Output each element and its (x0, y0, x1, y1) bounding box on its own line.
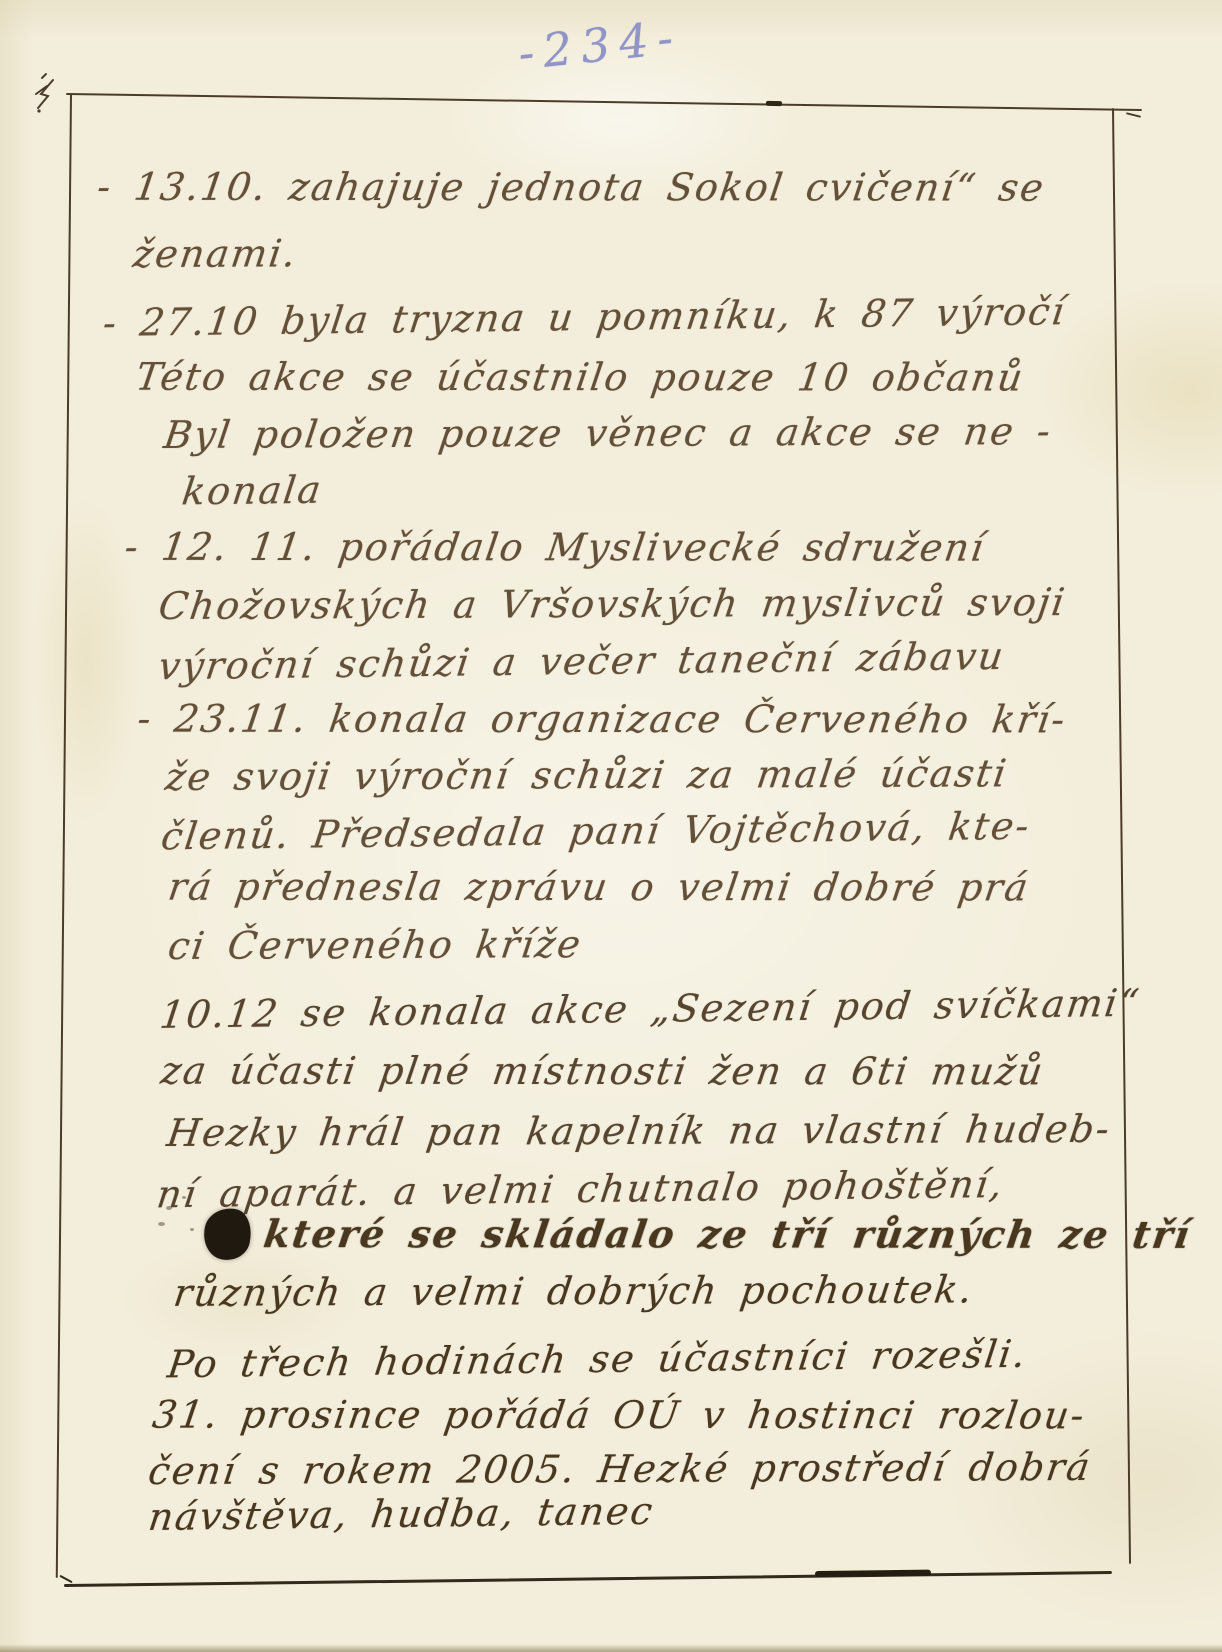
handwritten-line: že svoji výroční schůzi za malé účasti (163, 754, 1010, 796)
handwritten-line: Chožovských a Vršovských myslivců svoji (156, 583, 1068, 625)
ink-speck (166, 1206, 172, 1210)
handwritten-line: - 12. 11. pořádalo Myslivecké sdružení (122, 528, 987, 567)
handwritten-line: členů. Předsedala paní Vojtěchová, kte- (159, 807, 1033, 856)
handwritten-line: konala (180, 471, 325, 511)
handwritten-line: čení s rokem 2005. Hezké prostředí dobrá (146, 1448, 1094, 1490)
handwritten-line: rá přednesla zprávu o velmi dobré prá (166, 868, 1032, 907)
handwritten-line: - 13.10. zahajuje jednota Sokol cvičení“… (95, 168, 1048, 207)
handwritten-line: Této akce se účastnilo pouze 10 občanů (134, 358, 1027, 397)
ink-speck (182, 1196, 186, 1199)
handwritten-line: ní aparát. a velmi chutnalo pohoštění, (155, 1165, 1007, 1213)
handwritten-line: různých a velmi dobrých pochoutek. (171, 1270, 976, 1312)
handwritten-line: Byl položen pouze věnec a akce se ne - (162, 412, 1055, 454)
handwritten-line: které se skládalo ze tří různých ze tří (261, 1215, 1193, 1254)
scanned-chronicle-page: { "page": { "number": "-234-" }, "docume… (0, 0, 1222, 1652)
handwritten-line: 31. prosince pořádá OÚ v hostinci rozlou… (150, 1396, 1088, 1435)
scan-bottom-edge (0, 1644, 1222, 1652)
handwritten-text-block: - 13.10. zahajuje jednota Sokol cvičení“… (0, 0, 1222, 1652)
handwritten-line: návštěva, hudba, tanec (146, 1492, 656, 1536)
handwritten-line: - 23.11. konala organizace Červeného kří… (135, 700, 1069, 739)
handwritten-line: výroční schůzi a večer taneční zábavu (156, 637, 1007, 685)
page: -234- - 13.10. zahajuje jednota Sokol cv… (0, 0, 1222, 1652)
handwritten-line: 10.12 se konala akce „Sezení pod svíčkam… (158, 984, 1143, 1034)
handwritten-line: Po třech hodinách se účastníci rozešli. (165, 1335, 1029, 1384)
ink-speck (158, 1222, 165, 1226)
handwritten-line: za účasti plné místnosti žen a 6ti mužů (159, 1052, 1047, 1091)
handwritten-line: Hezky hrál pan kapelník na vlastní hudeb… (165, 1110, 1114, 1152)
handwritten-line: ženami. (131, 234, 300, 273)
ink-speck (190, 1228, 194, 1231)
handwritten-line: - 27.10 byla tryzna u pomníku, k 87 výro… (101, 292, 1068, 342)
handwritten-line: ci Červeného kříže (166, 925, 585, 965)
